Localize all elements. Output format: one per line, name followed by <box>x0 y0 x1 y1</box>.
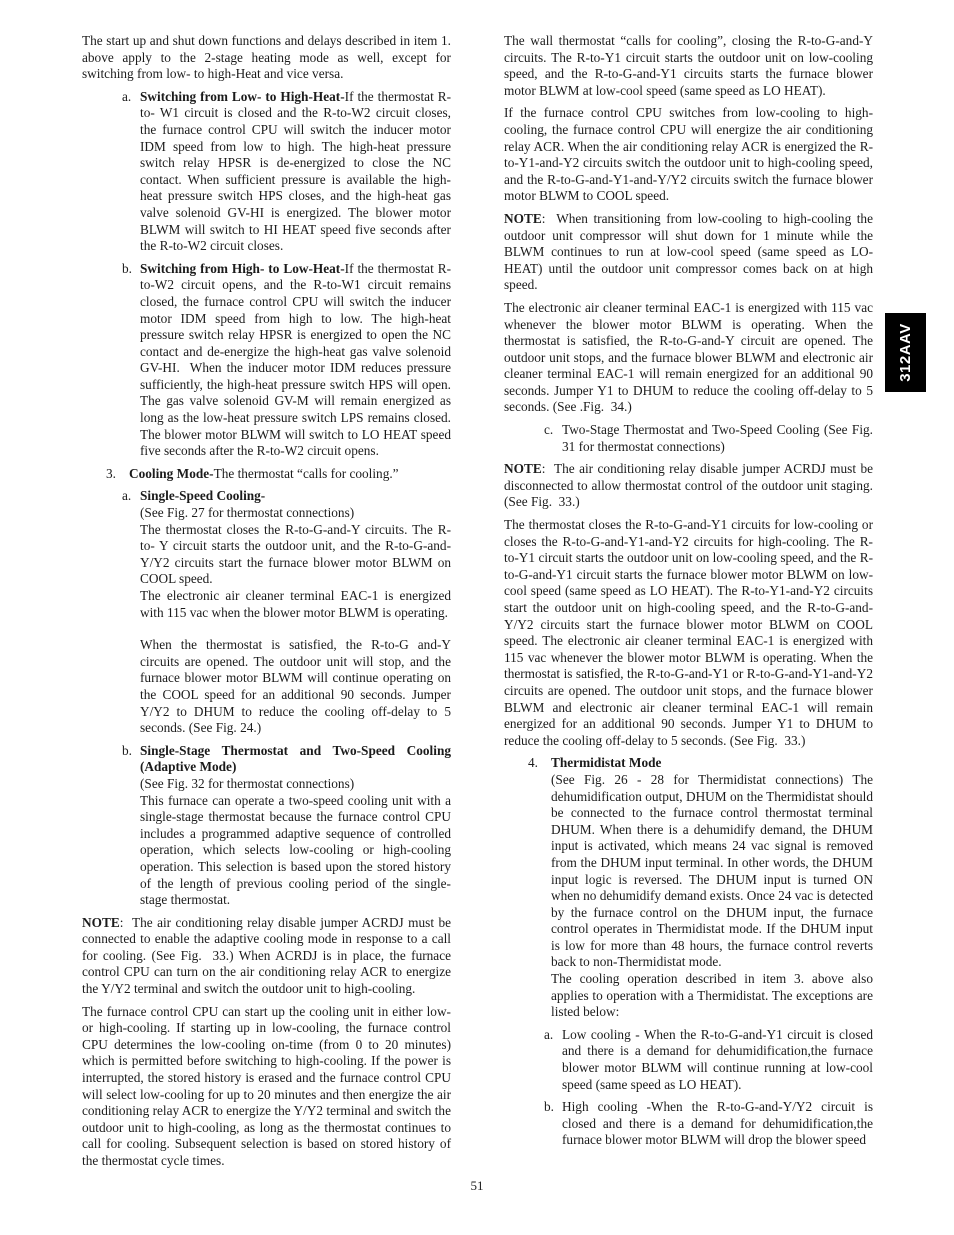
manual-page: The start up and shut down functions and… <box>0 0 954 1235</box>
list-item: 4.Thermidistat Mode(See Fig. 26 - 28 for… <box>504 755 873 1021</box>
bold-text-run: NOTE <box>82 915 120 930</box>
text-run: The electronic air cleaner terminal EAC-… <box>140 588 451 620</box>
text-paragraph: NOTE: The air conditioning relay disable… <box>504 461 873 511</box>
text-paragraph: If the furnace control CPU switches from… <box>504 105 873 205</box>
text-paragraph: The electronic air cleaner terminal EAC-… <box>504 300 873 416</box>
text-run: The thermostat closes the R-to-G-and-Y1 … <box>504 517 873 748</box>
text-run: Two-Stage Thermostat and Two-Speed Cooli… <box>562 422 873 454</box>
list-item-label: a. <box>122 488 131 505</box>
text-paragraph: Thermidistat Mode <box>551 755 873 772</box>
text-run: (See Fig. 27 for thermostat connections) <box>140 505 354 520</box>
list-item-label: b. <box>122 261 132 278</box>
text-run: : The air conditioning relay disable jum… <box>82 915 451 996</box>
text-run: High cooling -When the R-to-G-and-Y/Y2 c… <box>562 1099 873 1147</box>
text-run: The start up and shut down functions and… <box>82 33 451 81</box>
text-paragraph: Low cooling - When the R-to-G-and-Y1 cir… <box>562 1027 873 1093</box>
text-run: If the thermostat R-to- W1 circuit is cl… <box>140 89 451 253</box>
model-tab: 312AAV <box>885 313 926 392</box>
bold-text-run: NOTE <box>504 211 542 226</box>
text-run: If the thermostat R-to-W2 circuit opens,… <box>140 261 451 459</box>
list-item: a.Switching from Low- to High-Heat-If th… <box>82 89 451 255</box>
list-item: b.High cooling -When the R-to-G-and-Y/Y2… <box>504 1099 873 1149</box>
text-run: When the thermostat is satisfied, the R-… <box>140 637 451 735</box>
paragraph: NOTE: The air conditioning relay disable… <box>504 461 873 511</box>
paragraph: NOTE: When transitioning from low-coolin… <box>504 211 873 294</box>
list-item: a.Low cooling - When the R-to-G-and-Y1 c… <box>504 1027 873 1093</box>
text-run: This furnace can operate a two-speed coo… <box>140 793 451 908</box>
text-run: : When transitioning from low-cooling to… <box>504 211 873 292</box>
right-column: The wall thermostat “calls for cooling”,… <box>504 33 873 1149</box>
text-run: If the furnace control CPU switches from… <box>504 105 873 203</box>
bold-text-run: Single-Stage Thermostat and Two-Speed Co… <box>140 743 451 775</box>
text-paragraph: The cooling operation described in item … <box>551 971 873 1021</box>
list-item: b.Single-Stage Thermostat and Two-Speed … <box>82 743 451 909</box>
text-paragraph: (See Fig. 32 for thermostat connections) <box>140 776 451 793</box>
text-paragraph: The start up and shut down functions and… <box>82 33 451 83</box>
text-run: The thermostat “calls for cooling.” <box>214 466 399 481</box>
left-column: The start up and shut down functions and… <box>82 33 451 1170</box>
text-paragraph: Cooling Mode-The thermostat “calls for c… <box>129 466 451 483</box>
text-run: The furnace control CPU can start up the… <box>82 1004 451 1168</box>
text-run: The electronic air cleaner terminal EAC-… <box>504 300 873 415</box>
paragraph: The thermostat closes the R-to-G-and-Y1 … <box>504 517 873 749</box>
list-item-label: 3. <box>106 466 116 483</box>
text-paragraph: Two-Stage Thermostat and Two-Speed Cooli… <box>562 422 873 455</box>
text-run: Low cooling - When the R-to-G-and-Y1 cir… <box>562 1027 873 1092</box>
list-item-label: c. <box>544 422 553 439</box>
list-item-label: b. <box>122 743 132 760</box>
text-paragraph: The thermostat closes the R-to-G-and-Y c… <box>140 522 451 588</box>
list-item: c.Two-Stage Thermostat and Two-Speed Coo… <box>504 422 873 455</box>
paragraph: NOTE: The air conditioning relay disable… <box>82 915 451 998</box>
text-paragraph: Switching from Low- to High-Heat-If the … <box>140 89 451 255</box>
text-paragraph: (See Fig. 26 - 28 for Thermidistat conne… <box>551 772 873 971</box>
paragraph: The furnace control CPU can start up the… <box>82 1004 451 1170</box>
text-paragraph: The electronic air cleaner terminal EAC-… <box>140 588 451 621</box>
text-paragraph: The furnace control CPU can start up the… <box>82 1004 451 1170</box>
text-paragraph: NOTE: The air conditioning relay disable… <box>82 915 451 998</box>
paragraph: If the furnace control CPU switches from… <box>504 105 873 205</box>
text-run: (See Fig. 26 - 28 for Thermidistat conne… <box>551 772 873 970</box>
text-paragraph: The thermostat closes the R-to-G-and-Y1 … <box>504 517 873 749</box>
paragraph: The start up and shut down functions and… <box>82 33 451 83</box>
list-item-label: b. <box>544 1099 554 1116</box>
list-item-label: a. <box>544 1027 553 1044</box>
list-item: 3.Cooling Mode-The thermostat “calls for… <box>82 466 451 483</box>
text-paragraph: High cooling -When the R-to-G-and-Y/Y2 c… <box>562 1099 873 1149</box>
text-paragraph: The wall thermostat “calls for cooling”,… <box>504 33 873 99</box>
list-item: a.Single-Speed Cooling-(See Fig. 27 for … <box>82 488 451 736</box>
text-paragraph: Single-Speed Cooling- <box>140 488 451 505</box>
text-paragraph: (See Fig. 27 for thermostat connections) <box>140 505 451 522</box>
model-tab-label: 312AAV <box>897 323 914 382</box>
text-run: : The air conditioning relay disable jum… <box>504 461 873 509</box>
text-paragraph: Single-Stage Thermostat and Two-Speed Co… <box>140 743 451 776</box>
text-paragraph: When the thermostat is satisfied, the R-… <box>140 637 451 737</box>
paragraph: The electronic air cleaner terminal EAC-… <box>504 300 873 416</box>
text-run: (See Fig. 32 for thermostat connections) <box>140 776 354 791</box>
text-run: The wall thermostat “calls for cooling”,… <box>504 33 873 98</box>
bold-text-run: Switching from Low- to High-Heat- <box>140 89 345 104</box>
bold-text-run: Cooling Mode- <box>129 466 214 481</box>
bold-text-run: Switching from High- to Low-Heat- <box>140 261 345 276</box>
list-item: b.Switching from High- to Low-Heat-If th… <box>82 261 451 460</box>
bold-text-run: Thermidistat Mode <box>551 755 661 770</box>
list-item-label: a. <box>122 89 131 106</box>
text-run: The thermostat closes the R-to-G-and-Y c… <box>140 522 451 587</box>
bold-text-run: NOTE <box>504 461 542 476</box>
text-run: The cooling operation described in item … <box>551 971 873 1019</box>
text-paragraph: This furnace can operate a two-speed coo… <box>140 793 451 909</box>
bold-text-run: Single-Speed Cooling- <box>140 488 265 503</box>
list-item-label: 4. <box>528 755 538 772</box>
paragraph: The wall thermostat “calls for cooling”,… <box>504 33 873 99</box>
text-paragraph: NOTE: When transitioning from low-coolin… <box>504 211 873 294</box>
text-paragraph: Switching from High- to Low-Heat-If the … <box>140 261 451 460</box>
page-number: 51 <box>0 1178 954 1194</box>
